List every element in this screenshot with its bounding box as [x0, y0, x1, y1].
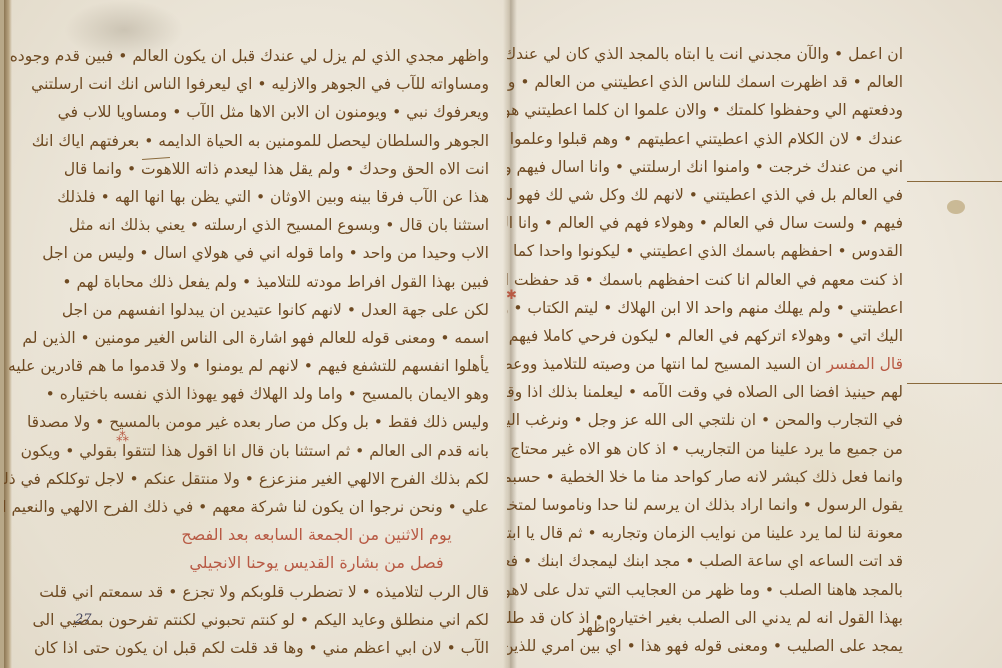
text-line: وليس ذلك فقط • بل وكل من صار بعده غير مو… [144, 408, 489, 436]
rubric-label: قال المفسر [826, 355, 903, 373]
rubric-heading: فصل من بشارة القديس يوحنا الانجيلي [144, 549, 489, 577]
left-page-text: واظهر مجدي الذي لم يزل لي عندك قبل ان يك… [144, 42, 489, 662]
left-page: واظهر مجدي الذي لم يزل لي عندك قبل ان يك… [0, 0, 507, 668]
text-line: لكن على جهة العدل • لانهم كانوا عتيدين ا… [144, 296, 489, 324]
manuscript-spread: واظهر مجدي الذي لم يزل لي عندك قبل ان يك… [0, 0, 1002, 668]
ink-stain [947, 200, 965, 214]
text-line: اذ كنت معهم في العالم انا كنت احفظهم باس… [533, 266, 903, 294]
text-line: بالمجد هاهنا الصلب • وما ظهر من العجايب … [533, 576, 903, 604]
text-line: ومساواته للآب في الجوهر والازليه • اي لي… [144, 70, 489, 98]
rubric-heading: يوم الاثنين من الجمعة السابعه بعد الفصح [144, 521, 489, 549]
text-line: الآب • لان ابي اعظم مني • وها قد قلت لكم… [144, 634, 489, 662]
text-line: عندك • لان الكلام الذي اعطيتني اعطيتهم •… [533, 125, 903, 153]
margin-mark: ⁂ [116, 430, 129, 445]
text-line: انت الاه الحق وحدك • ولم يقل هذا ليعدم ذ… [144, 155, 489, 183]
right-page-text: ان اعمل • والآن مجدني انت يا ابتاه بالمج… [533, 40, 903, 660]
rubric-line: قال المفسر ان السيد المسيح لما انتها من … [533, 350, 903, 378]
text-line: اليك اتي • وهولاء اتركهم في العالم • ليك… [533, 322, 903, 350]
text-line: في التجارب والمحن • ان نلتجي الى الله عز… [533, 406, 903, 434]
text-line: علي • ونحن نرجوا ان يكون لنا شركة معهم •… [144, 493, 489, 521]
text-line: اني من عندك خرجت • وامنوا انك ارسلتني • … [533, 153, 903, 181]
text-line: فبين بهذا القول افراط مودته للتلاميذ • و… [144, 268, 489, 296]
text-line: معونة لنا لما يرد علينا من نوايب الزمان … [533, 519, 903, 547]
text-line: لكم اني منطلق وعايد اليكم • لو كنتم تحبو… [144, 606, 489, 634]
text-line: من جميع ما يرد علينا من التجاريب • اذ كا… [533, 435, 903, 463]
text-line: فيهم • ولست سال في العالم • وهولاء فهم ف… [533, 209, 903, 237]
text-line: القدوس • احفظهم باسمك الذي اعطيتني • ليك… [533, 237, 903, 265]
text-line: لهم حينيذ افضا الى الصلاه في وقت الآمه •… [533, 378, 903, 406]
marginal-stroke [907, 383, 1002, 384]
margin-mark: ✱ [507, 288, 517, 303]
text-line: الجوهر والسلطان ليحصل للمومنين به الحياة… [144, 127, 489, 155]
text-line: ان اعمل • والآن مجدني انت يا ابتاه بالمج… [533, 40, 903, 68]
text-line: وهو الايمان بالمسيح • واما ولد الهلاك فه… [144, 380, 489, 408]
rubric-text: ان السيد المسيح لما انتها من وصيته للتلا… [507, 355, 822, 373]
text-line: اسمه • ومعنى قوله للعالم فهو اشارة الى ا… [144, 324, 489, 352]
text-line: في العالم بل في الذي اعطيتني • لانهم لك … [533, 181, 903, 209]
marginal-stroke [907, 181, 1002, 182]
text-line: العالم • قد اظهرت اسمك للناس الذي اعطيتن… [533, 68, 903, 96]
text-line: قال الرب لتلاميذه • لا تضطرب قلوبكم ولا … [144, 578, 489, 606]
text-line: وانما فعل ذلك كبشر لانه صار كواحد منا ما… [533, 463, 903, 491]
page-edge [4, 0, 12, 668]
text-line: يمجد على الصليب • ومعنى قوله فهو هذا • ا… [533, 632, 903, 660]
text-line: هذا عن الآب فرقا بينه وبين الاوثان • الت… [144, 183, 489, 211]
text-line: قد اتت الساعه اي ساعة الصلب • مجد ابنك ل… [533, 547, 903, 575]
text-line: ودفعتهم الي وحفظوا كلمتك • والان علموا ا… [533, 96, 903, 124]
folio-number: 27 [75, 612, 92, 627]
text-line: بانه قدم الى العالم • ثم استثنا بان قال … [144, 437, 489, 465]
text-line: لكم بذلك الفرح الالهي الغير منزعزع • ولا… [144, 465, 489, 493]
text-line: واظهر مجدي الذي لم يزل لي عندك قبل ان يك… [144, 42, 489, 70]
right-page: ان اعمل • والآن مجدني انت يا ابتاه بالمج… [507, 0, 1002, 668]
catchword: واظهر [578, 618, 617, 636]
text-line: الاب وحيدا من واحد • واما قوله اني في هو… [144, 239, 489, 267]
text-line: استثنا بان قال • وبسوع المسيح الذي ارسلت… [144, 211, 489, 239]
text-line: يأهلوا انفسهم للتشفع فيهم • لانهم لم يوم… [144, 352, 489, 380]
text-line: اعطيتني • ولم يهلك منهم واحد الا ابن اله… [533, 294, 903, 322]
text-line: ويعرفوك نبي • ويومنون ان الابن الاها مثل… [144, 98, 489, 126]
text-line: يقول الرسول • وانما اراد بذلك ان يرسم لن… [533, 491, 903, 519]
